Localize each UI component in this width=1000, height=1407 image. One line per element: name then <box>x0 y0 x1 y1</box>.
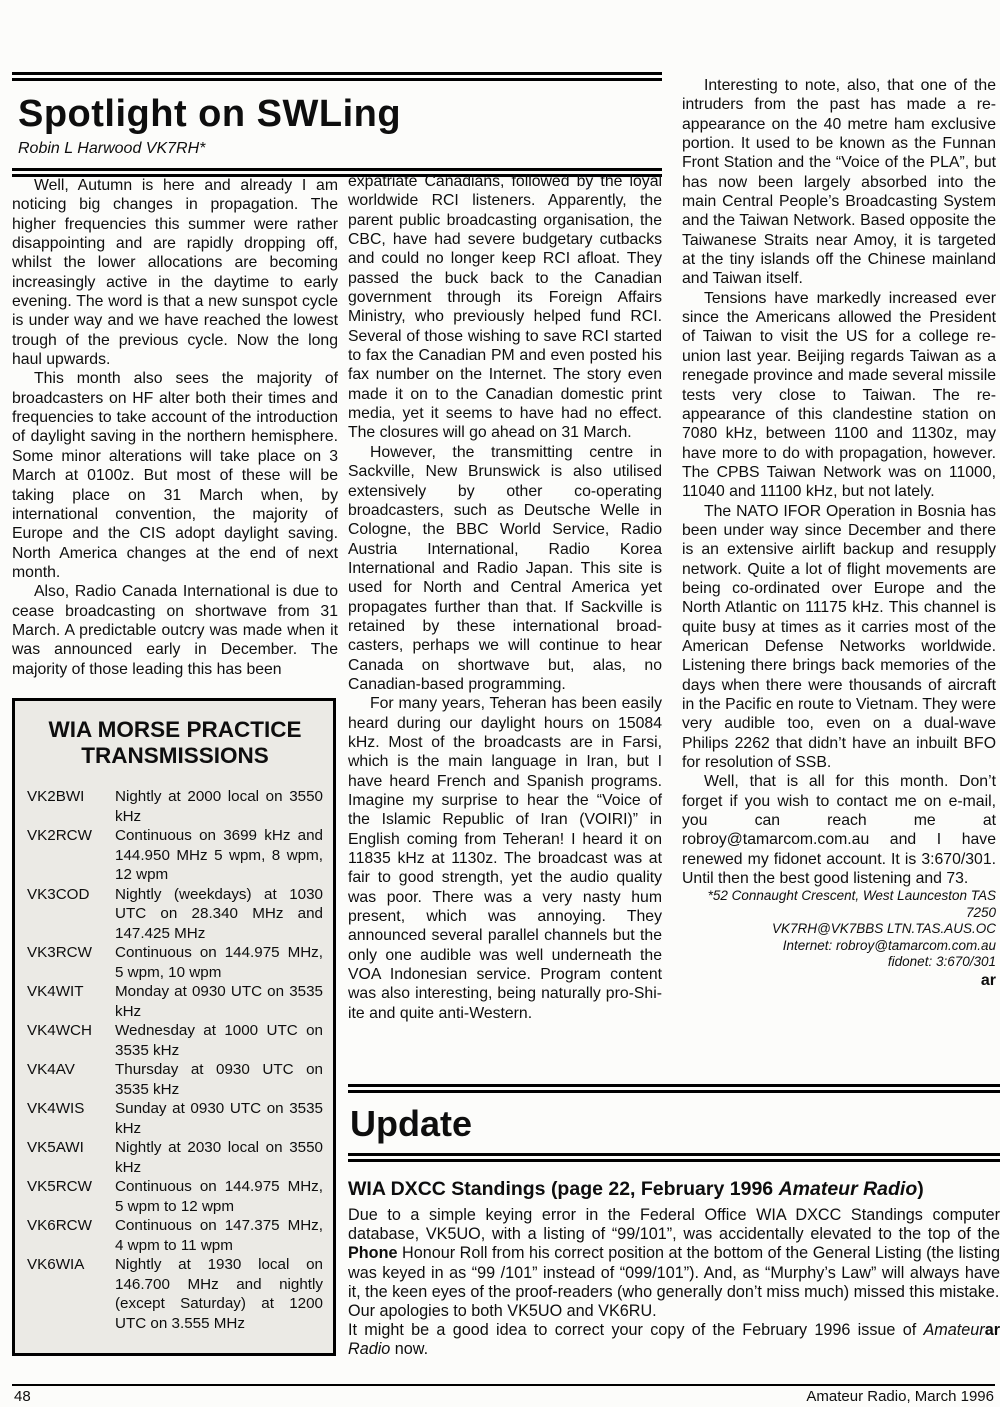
update-heading-text: ) <box>917 1178 924 1200</box>
morse-box-title-line2: TRANSMISSIONS <box>81 743 269 768</box>
callsign: VK2BWI <box>27 787 115 826</box>
column-2: expatriate Canadians, followed by the lo… <box>348 172 662 1023</box>
address-line: VK7RH@VK7BBS LTN.TAS.AUS.OC <box>772 921 996 936</box>
morse-box-title-line1: WIA MORSE PRACTICE <box>49 717 302 742</box>
morse-row: VK2RCW Continuous on 3699 kHz and 144.95… <box>27 826 323 885</box>
callsign: VK5AWI <box>27 1138 115 1177</box>
update-heading-text: WIA DXCC Standings (page 22, February 19… <box>348 1178 779 1200</box>
schedule: Thursday at 0930 UTC on 3535 kHz <box>115 1060 323 1099</box>
callsign: VK4WCH <box>27 1021 115 1060</box>
column-1: Well, Autumn is here and already I am no… <box>12 176 338 679</box>
article-signoff: ar <box>682 971 996 990</box>
paragraph: The NATO IFOR Operation in Bosnia has be… <box>682 502 996 773</box>
article-byline: Robin L Harwood VK7RH* <box>18 140 662 158</box>
morse-row: VK6WIA Nightly at 1930 local on 146.700 … <box>27 1255 323 1333</box>
article-header: Spotlight on SWLing Robin L Harwood VK7R… <box>12 72 662 177</box>
callsign: VK4WIS <box>27 1099 115 1138</box>
schedule: Nightly (weekdays) at 1030 UTC on 28.340… <box>115 885 323 944</box>
schedule: Monday at 0930 UTC on 3535 kHz <box>115 982 323 1021</box>
callsign: VK2RCW <box>27 826 115 885</box>
morse-row: VK4WIS Sunday at 0930 UTC on 3535 kHz <box>27 1099 323 1138</box>
update-text: Due to a simple keying error in the Fede… <box>348 1206 1000 1243</box>
update-heading-italic: Amateur Radio <box>779 1178 918 1200</box>
footer-rule <box>12 1384 995 1386</box>
schedule: Continuous on 3699 kHz and 144.950 MHz 5… <box>115 826 323 885</box>
schedule: Continuous on 144.975 MHz, 5 wpm to 12 w… <box>115 1177 323 1216</box>
paragraph: expatriate Canadians, followed by the lo… <box>348 172 662 443</box>
callsign: VK5RCW <box>27 1177 115 1216</box>
callsign: VK6RCW <box>27 1216 115 1255</box>
update-bold-word: Phone <box>348 1244 397 1262</box>
rule <box>12 72 662 81</box>
update-text: Honour Roll from his correct position at… <box>348 1244 1000 1300</box>
page-number: 48 <box>14 1388 31 1405</box>
paragraph: Well, Autumn is here and already I am no… <box>12 176 338 369</box>
article-title: Spotlight on SWLing <box>18 93 662 136</box>
callsign: VK6WIA <box>27 1255 115 1333</box>
paragraph: Interesting to note, also, that one of t… <box>682 76 996 289</box>
schedule: Continuous on 144.975 MHz, 5 wpm, 10 wpm <box>115 943 323 982</box>
paragraph: arIt might be a good idea to correct you… <box>348 1321 1000 1359</box>
schedule: Nightly at 2030 local on 3550 kHz <box>115 1138 323 1177</box>
morse-row: VK3COD Nightly (weekdays) at 1030 UTC on… <box>27 885 323 944</box>
journal-name: Amateur Radio, March 1996 <box>806 1388 994 1405</box>
schedule: Wednesday at 1000 UTC on 3535 kHz <box>115 1021 323 1060</box>
paragraph: Due to a simple keying error in the Fede… <box>348 1206 1000 1302</box>
paragraph: Our apologies to both VK5UO and VK6RU. <box>348 1302 1000 1321</box>
update-heading: WIA DXCC Standings (page 22, February 19… <box>348 1178 1000 1201</box>
rule <box>348 1084 1000 1093</box>
callsign: VK4WIT <box>27 982 115 1021</box>
morse-row: VK6RCW Continuous on 147.375 MHz, 4 wpm … <box>27 1216 323 1255</box>
update-title: Update <box>350 1103 1000 1145</box>
address-line: Internet: robroy@tamarcom.com.au <box>783 938 996 953</box>
address-line: fidonet: 3:670/301 <box>888 954 996 969</box>
schedule: Nightly at 2000 local on 3550 kHz <box>115 787 323 826</box>
morse-practice-box: WIA MORSE PRACTICE TRANSMISSIONS VK2BWI … <box>12 698 336 1356</box>
magazine-page: Spotlight on SWLing Robin L Harwood VK7R… <box>0 0 1000 1407</box>
author-address: *52 Connaught Crescent, West Launceston … <box>682 888 996 971</box>
update-text: now. <box>390 1340 428 1358</box>
paragraph: Tensions have markedly increased ever si… <box>682 289 996 502</box>
paragraph: Also, Radio Canada International is due … <box>12 582 338 679</box>
callsign: VK3RCW <box>27 943 115 982</box>
morse-box-title: WIA MORSE PRACTICE TRANSMISSIONS <box>27 717 323 769</box>
morse-row: VK4WCH Wednesday at 1000 UTC on 3535 kHz <box>27 1021 323 1060</box>
callsign: VK4AV <box>27 1060 115 1099</box>
paragraph: However, the transmitting centre in Sack… <box>348 443 662 694</box>
schedule: Nightly at 1930 local on 146.700 MHz and… <box>115 1255 323 1333</box>
update-section: Update WIA DXCC Standings (page 22, Febr… <box>348 1084 1000 1360</box>
callsign: VK3COD <box>27 885 115 944</box>
morse-row: VK4WIT Monday at 0930 UTC on 3535 kHz <box>27 982 323 1021</box>
paragraph: This month also sees the majority of bro… <box>12 369 338 582</box>
column-3: Interesting to note, also, that one of t… <box>682 76 996 990</box>
update-signoff: ar <box>985 1321 1000 1340</box>
paragraph: Well, that is all for this month. Don’t … <box>682 772 996 888</box>
schedule: Continuous on 147.375 MHz, 4 wpm to 11 w… <box>115 1216 323 1255</box>
morse-row: VK3RCW Continuous on 144.975 MHz, 5 wpm,… <box>27 943 323 982</box>
paragraph: For many years, Teheran has been easily … <box>348 694 662 1023</box>
morse-row: VK5AWI Nightly at 2030 local on 3550 kHz <box>27 1138 323 1177</box>
schedule: Sunday at 0930 UTC on 3535 kHz <box>115 1099 323 1138</box>
address-line: *52 Connaught Crescent, West Launceston … <box>708 888 996 920</box>
morse-row: VK5RCW Continuous on 144.975 MHz, 5 wpm … <box>27 1177 323 1216</box>
update-body: Due to a simple keying error in the Fede… <box>348 1206 1000 1360</box>
morse-row: VK4AV Thursday at 0930 UTC on 3535 kHz <box>27 1060 323 1099</box>
morse-row: VK2BWI Nightly at 2000 local on 3550 kHz <box>27 787 323 826</box>
update-text: It might be a good idea to correct your … <box>348 1321 924 1339</box>
rule <box>348 1153 1000 1162</box>
